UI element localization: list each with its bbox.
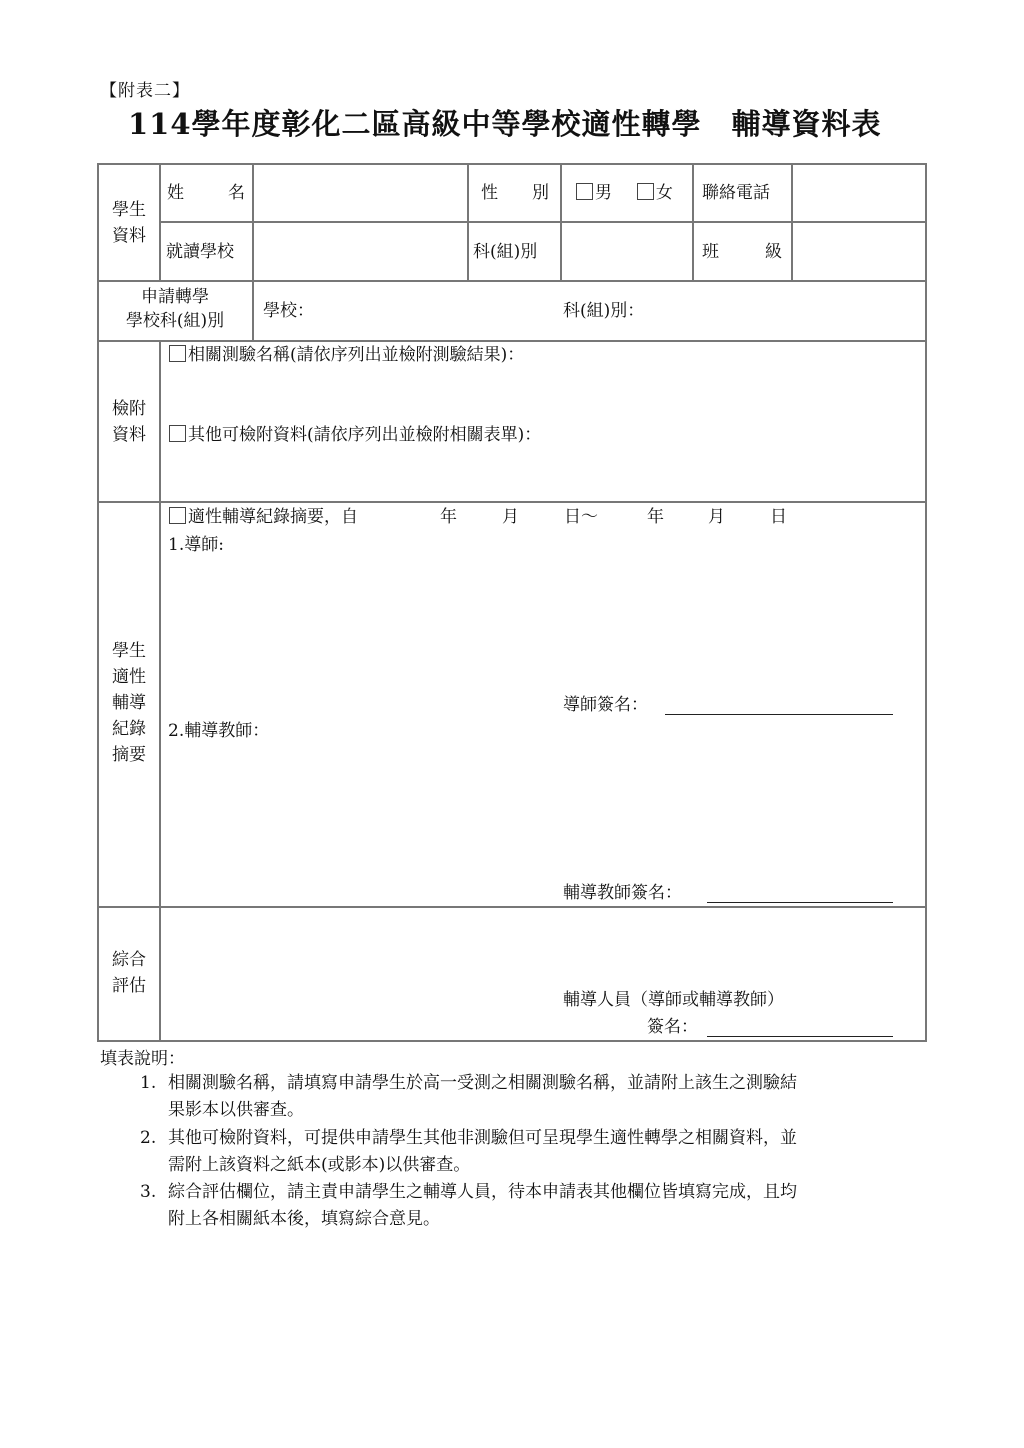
transfer-dept-label[interactable]: 科(組)別： [563,298,644,324]
instruction-item: 1.相關測驗名稱，請填寫申請學生於高一受測之相關測驗名稱，並請附上該生之測驗結 … [140,1070,930,1124]
table-border-right [925,163,927,1041]
checkbox-female[interactable] [637,183,654,200]
dept-field[interactable] [562,223,691,280]
annex-label: 【附表二】 [100,76,190,101]
counselor-sign-label: 輔導教師簽名： [563,880,682,906]
gender-options: 男 女 [576,180,673,206]
date-month-to: 月 [708,504,725,530]
gender-female-option[interactable]: 女 [637,183,673,203]
name-label: 姓 名 [167,180,245,206]
checkbox-other[interactable] [169,425,186,442]
checkbox-counseling[interactable] [169,507,186,524]
mentor-item: 1.導師: [168,532,224,558]
counselor-signature-line[interactable] [707,902,893,903]
instruction-item: 3.綜合評估欄位，請主責申請學生之輔導人員，待本申請表其他欄位皆填寫完成，且均 … [140,1179,930,1233]
school-field[interactable] [254,223,466,280]
col-divider [467,163,469,281]
counseling-summary-line[interactable]: 適性輔導紀錄摘要，自 [169,504,358,530]
evaluation-sign-label: 簽名： [647,1014,698,1040]
counselor-item: 2.輔導教師： [168,718,269,744]
instructions-title: 填表說明： [100,1044,185,1069]
date-month-from: 月 [502,504,519,530]
col-divider [692,163,694,281]
row-divider [97,906,927,908]
mentor-signature-line[interactable] [665,714,893,715]
school-label: 就讀學校 [166,239,234,265]
mentor-sign-label: 導師簽名： [563,692,648,718]
gender-male-option[interactable]: 男 [576,183,612,203]
dept-label: 科(組)別 [473,239,537,265]
name-field[interactable] [254,165,466,221]
row-divider [97,280,927,282]
gender-label: 性 別 [481,180,549,206]
evaluation-label: 綜合 評估 [98,947,160,999]
counseling-label: 學生 適性 輔導 紀錄 摘要 [98,638,160,768]
evaluation-signature-line[interactable] [707,1036,893,1037]
date-year-from: 年 [440,504,457,530]
class-label: 班 級 [702,239,782,265]
student-info-label: 學生 資料 [98,197,160,249]
evaluation-signer-role: 輔導人員（導師或輔導教師） [563,987,784,1013]
instruction-item: 2.其他可檢附資料，可提供申請學生其他非測驗但可呈現學生適性轉學之相關資料，並 … [140,1125,930,1179]
date-day-to: 日 [770,504,787,530]
class-field[interactable] [793,223,925,280]
date-year-to: 年 [647,504,664,530]
checkbox-male[interactable] [576,183,593,200]
attachments-label: 檢附 資料 [98,396,160,448]
phone-field[interactable] [793,165,925,221]
attachment-item-other[interactable]: 其他可檢附資料(請依序列出並檢附相關表單)： [169,422,541,448]
phone-label: 聯絡電話 [702,180,770,206]
page-title: 114學年度彰化二區高級中等學校適性轉學輔導資料表 [128,102,882,143]
table-border-bottom [97,1040,927,1042]
transfer-target-label: 申請轉學 學校科(組)別 [98,285,252,333]
date-day-from: 日～ [564,504,598,530]
transfer-school-label[interactable]: 學校： [263,298,314,324]
title-sub: 輔導資料表 [732,107,882,141]
title-main: 114學年度彰化二區高級中等學校適性轉學 [128,107,702,141]
attachment-item-tests[interactable]: 相關測驗名稱(請依序列出並檢附測驗結果)： [169,342,524,368]
row-divider [97,501,927,503]
checkbox-tests[interactable] [169,345,186,362]
